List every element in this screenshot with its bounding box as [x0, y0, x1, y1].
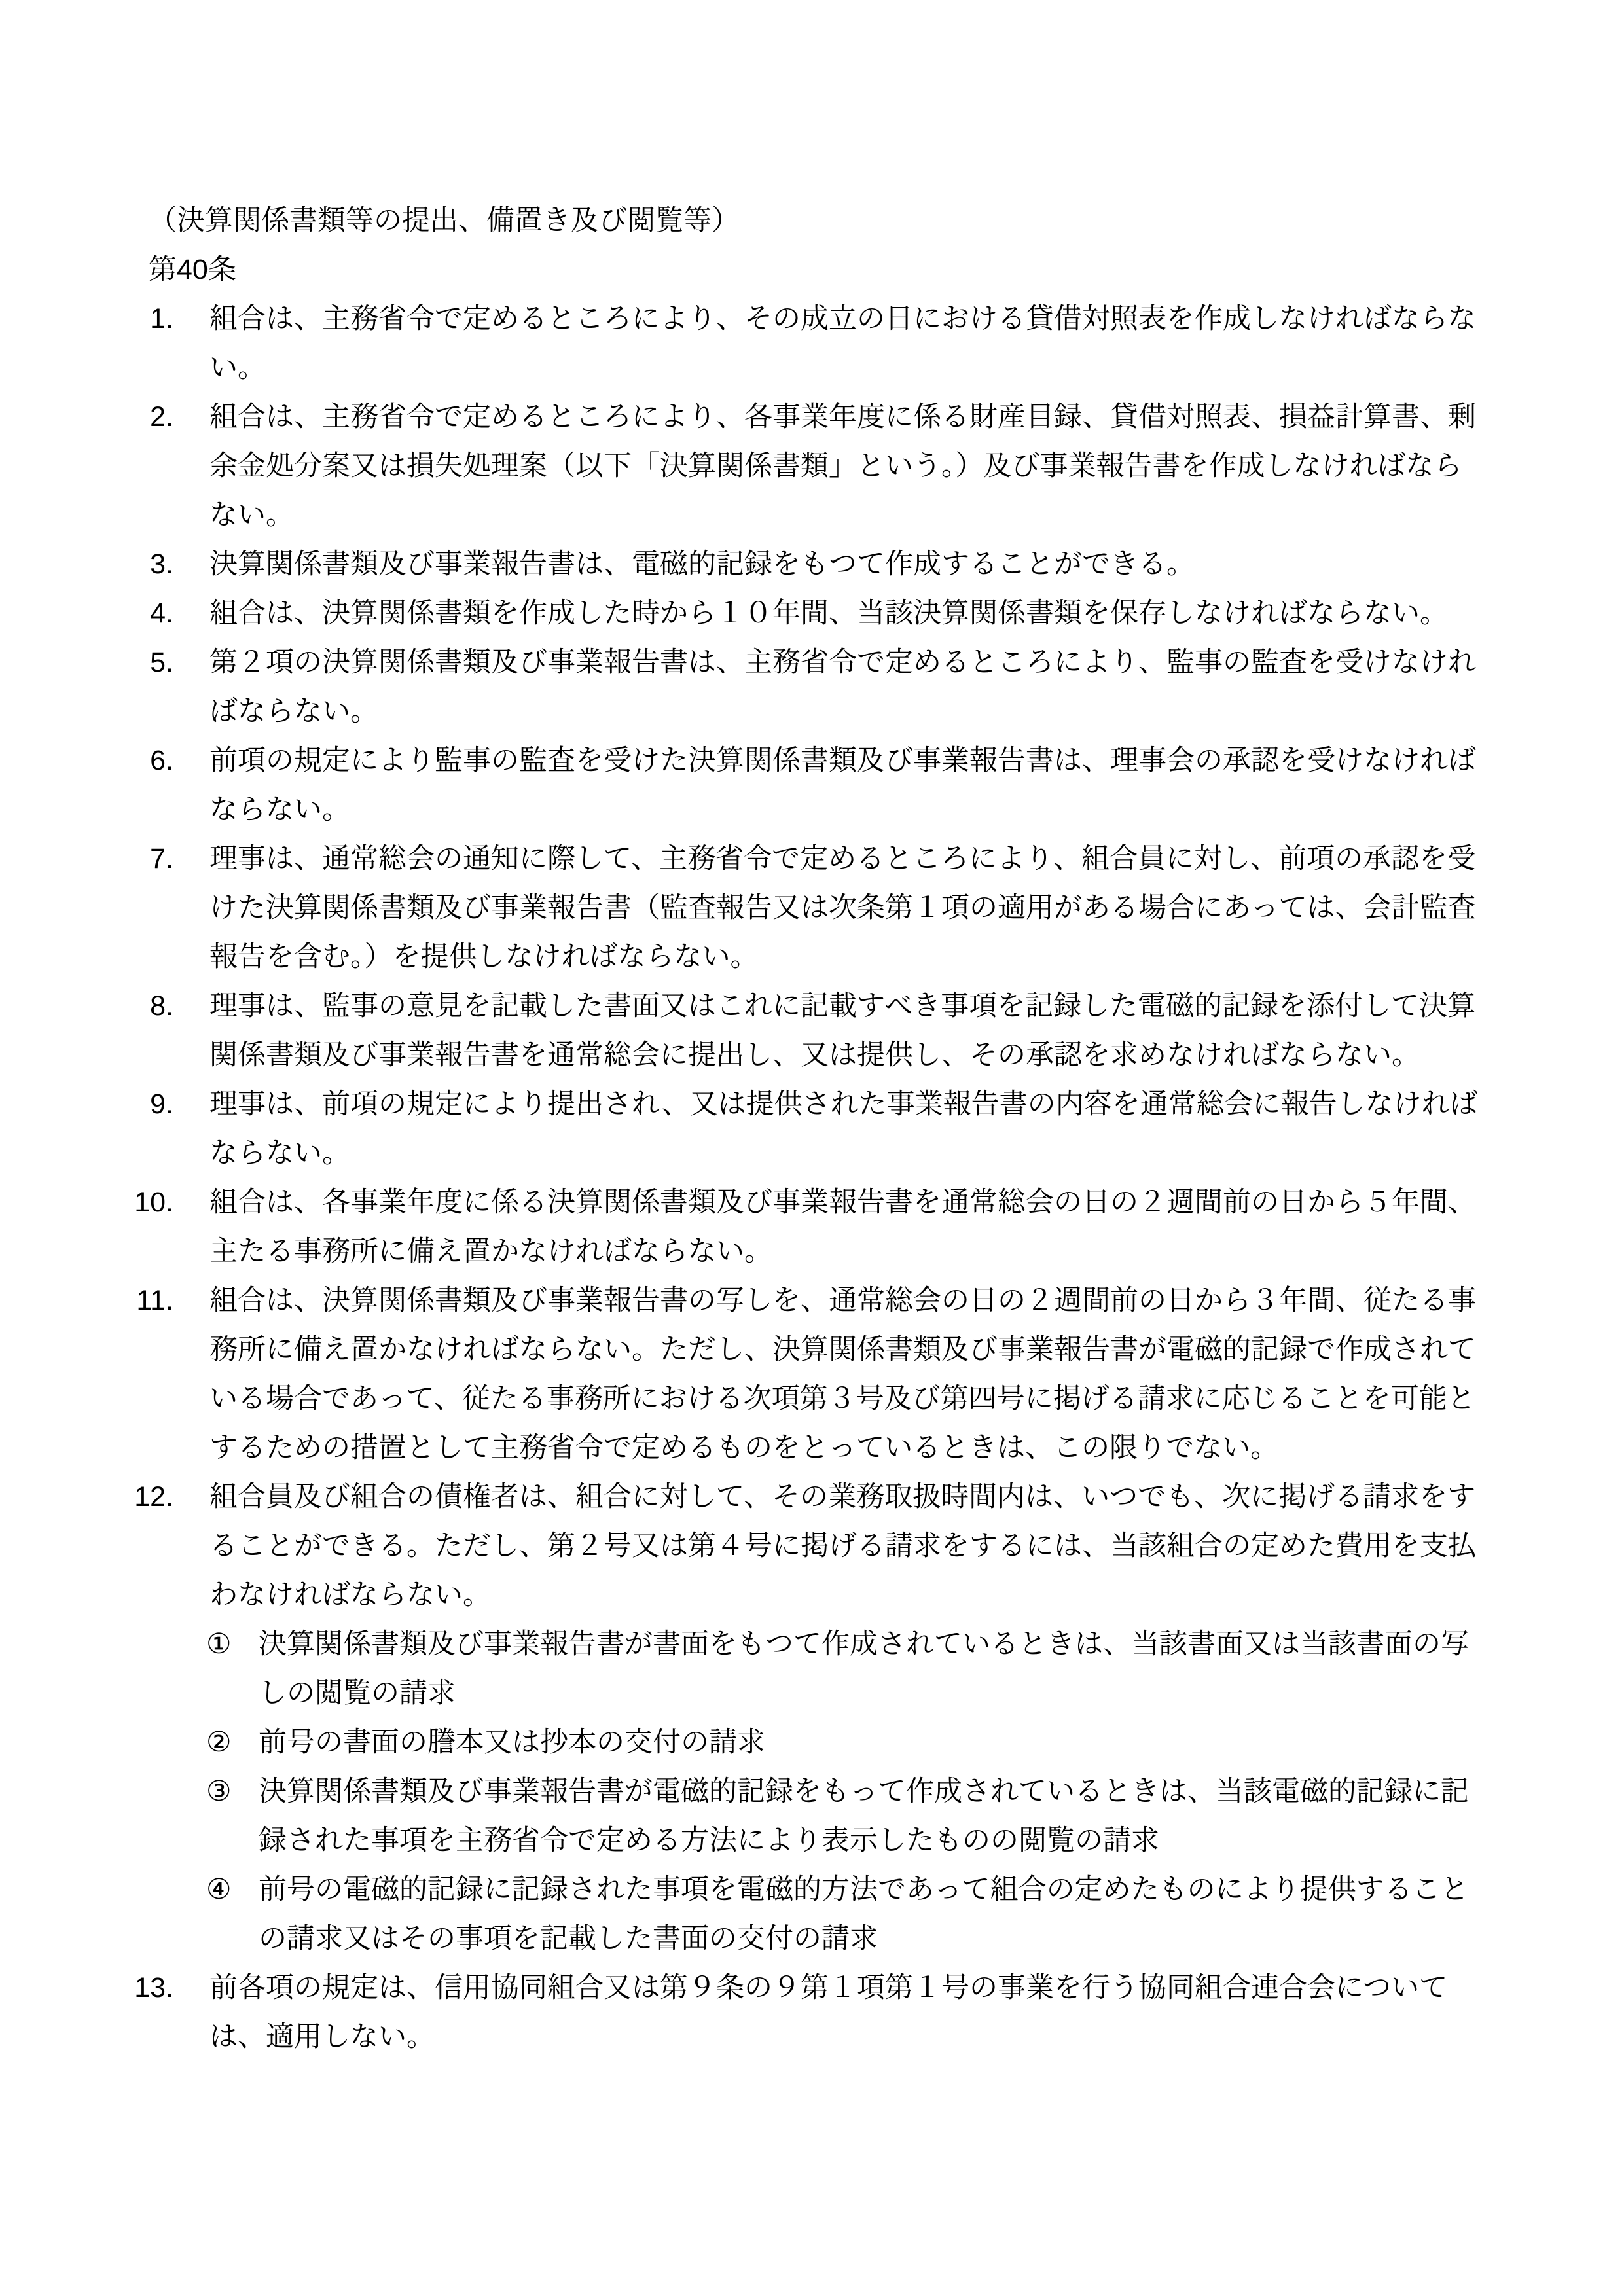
item-text: 決算関係書類及び事業報告書は、電磁的記録をもつて作成することができる。 — [209, 540, 1486, 589]
item-text: 組合は、各事業年度に係る決算関係書類及び事業報告書を通常総会の日の２週間前の日か… — [209, 1178, 1486, 1276]
list-item: 10. 組合は、各事業年度に係る決算関係書類及び事業報告書を通常総会の日の２週間… — [108, 1178, 1489, 1276]
list-item: 11. 組合は、決算関係書類及び事業報告書の写しを、通常総会の日の２週間前の日か… — [108, 1276, 1489, 1473]
item-marker: 8. — [108, 982, 173, 1031]
sub-list-item: ④ 前号の電磁的記録に記録された事項を電磁的方法であって組合の定めたものにより提… — [206, 1865, 1489, 1964]
article-number: 第40条 — [149, 245, 1489, 295]
item-text: 前号の電磁的記録に記録された事項を電磁的方法であって組合の定めたものにより提供す… — [259, 1865, 1486, 1964]
list-item: 6. 前項の規定により監事の監査を受けた決算関係書類及び事業報告書は、理事会の承… — [108, 736, 1489, 834]
sub-list-item: ① 決算関係書類及び事業報告書が書面をもつて作成されているときは、当該書面又は当… — [206, 1620, 1489, 1718]
list-item: 13. 前各項の規定は、信用協同組合又は第９条の９第１項第１号の事業を行う協同組… — [108, 1964, 1489, 2062]
item-marker: 13. — [108, 1964, 173, 2013]
list-item: 1. 組合は、主務省令で定めるところにより、その成立の日における貸借対照表を作成… — [108, 295, 1489, 393]
item-text: 決算関係書類及び事業報告書が書面をもつて作成されているときは、当該書面又は当該書… — [259, 1620, 1486, 1718]
item-text: 組合員及び組合の債権者は、組合に対して、その業務取扱時間内は、いつでも、次に掲げ… — [209, 1473, 1486, 1620]
item-text: 組合は、決算関係書類を作成した時から１０年間、当該決算関係書類を保存しなければな… — [209, 589, 1486, 638]
circled-number-marker: ② — [206, 1718, 239, 1767]
item-marker: 11. — [108, 1276, 173, 1325]
list-item: 5. 第２項の決算関係書類及び事業報告書は、主務省令で定めるところにより、監事の… — [108, 638, 1489, 736]
item-text: 前各項の規定は、信用協同組合又は第９条の９第１項第１号の事業を行う協同組合連合会… — [209, 1964, 1486, 2062]
item-text: 組合は、主務省令で定めるところにより、各事業年度に係る財産目録、貸借対照表、損益… — [209, 393, 1486, 540]
item-marker: 2. — [108, 393, 173, 442]
circled-number-marker: ③ — [206, 1767, 239, 1816]
list-item: 4. 組合は、決算関係書類を作成した時から１０年間、当該決算関係書類を保存しなけ… — [108, 589, 1489, 638]
item-text: 決算関係書類及び事業報告書が電磁的記録をもって作成されているときは、当該電磁的記… — [259, 1767, 1486, 1865]
item-text: 組合は、決算関係書類及び事業報告書の写しを、通常総会の日の２週間前の日から３年間… — [209, 1276, 1486, 1473]
list-item: 9. 理事は、前項の規定により提出され、又は提供された事業報告書の内容を通常総会… — [108, 1080, 1489, 1178]
circled-number-marker: ④ — [206, 1865, 239, 1914]
item-marker: 10. — [108, 1178, 173, 1227]
item-marker: 9. — [108, 1080, 173, 1129]
item-text: 理事は、通常総会の通知に際して、主務省令で定めるところにより、組合員に対し、前項… — [209, 834, 1486, 982]
item-marker: 1. — [108, 295, 173, 344]
list-item: 8. 理事は、監事の意見を記載した書面又はこれに記載すべき事項を記録した電磁的記… — [108, 982, 1489, 1080]
list-item: 12. 組合員及び組合の債権者は、組合に対して、その業務取扱時間内は、いつでも、… — [108, 1473, 1489, 1620]
sub-list-item: ③ 決算関係書類及び事業報告書が電磁的記録をもって作成されているときは、当該電磁… — [206, 1767, 1489, 1865]
item-marker: 7. — [108, 834, 173, 884]
item-text: 前項の規定により監事の監査を受けた決算関係書類及び事業報告書は、理事会の承認を受… — [209, 736, 1486, 834]
item-marker: 5. — [108, 638, 173, 687]
item-marker: 12. — [108, 1473, 173, 1522]
sub-list-item: ② 前号の書面の謄本又は抄本の交付の請求 — [206, 1718, 1489, 1767]
circled-number-marker: ① — [206, 1620, 239, 1669]
item-text: 理事は、前項の規定により提出され、又は提供された事業報告書の内容を通常総会に報告… — [209, 1080, 1486, 1178]
article-heading: （決算関係書類等の提出、備置き及び閲覧等） — [149, 196, 1489, 245]
article-body: （決算関係書類等の提出、備置き及び閲覧等） 第40条 1. 組合は、主務省令で定… — [108, 196, 1489, 2062]
item-text: 前号の書面の謄本又は抄本の交付の請求 — [259, 1718, 1486, 1767]
item-marker: 3. — [108, 540, 173, 589]
item-text: 組合は、主務省令で定めるところにより、その成立の日における貸借対照表を作成しなけ… — [209, 295, 1486, 393]
item-text: 理事は、監事の意見を記載した書面又はこれに記載すべき事項を記録した電磁的記録を添… — [209, 982, 1486, 1080]
document-page: （決算関係書類等の提出、備置き及び閲覧等） 第40条 1. 組合は、主務省令で定… — [0, 0, 1624, 2296]
item-marker: 6. — [108, 736, 173, 785]
list-item: 3. 決算関係書類及び事業報告書は、電磁的記録をもつて作成することができる。 — [108, 540, 1489, 589]
list-item: 7. 理事は、通常総会の通知に際して、主務省令で定めるところにより、組合員に対し… — [108, 834, 1489, 982]
item-marker: 4. — [108, 589, 173, 638]
item-text: 第２項の決算関係書類及び事業報告書は、主務省令で定めるところにより、監事の監査を… — [209, 638, 1486, 736]
list-item: 2. 組合は、主務省令で定めるところにより、各事業年度に係る財産目録、貸借対照表… — [108, 393, 1489, 540]
